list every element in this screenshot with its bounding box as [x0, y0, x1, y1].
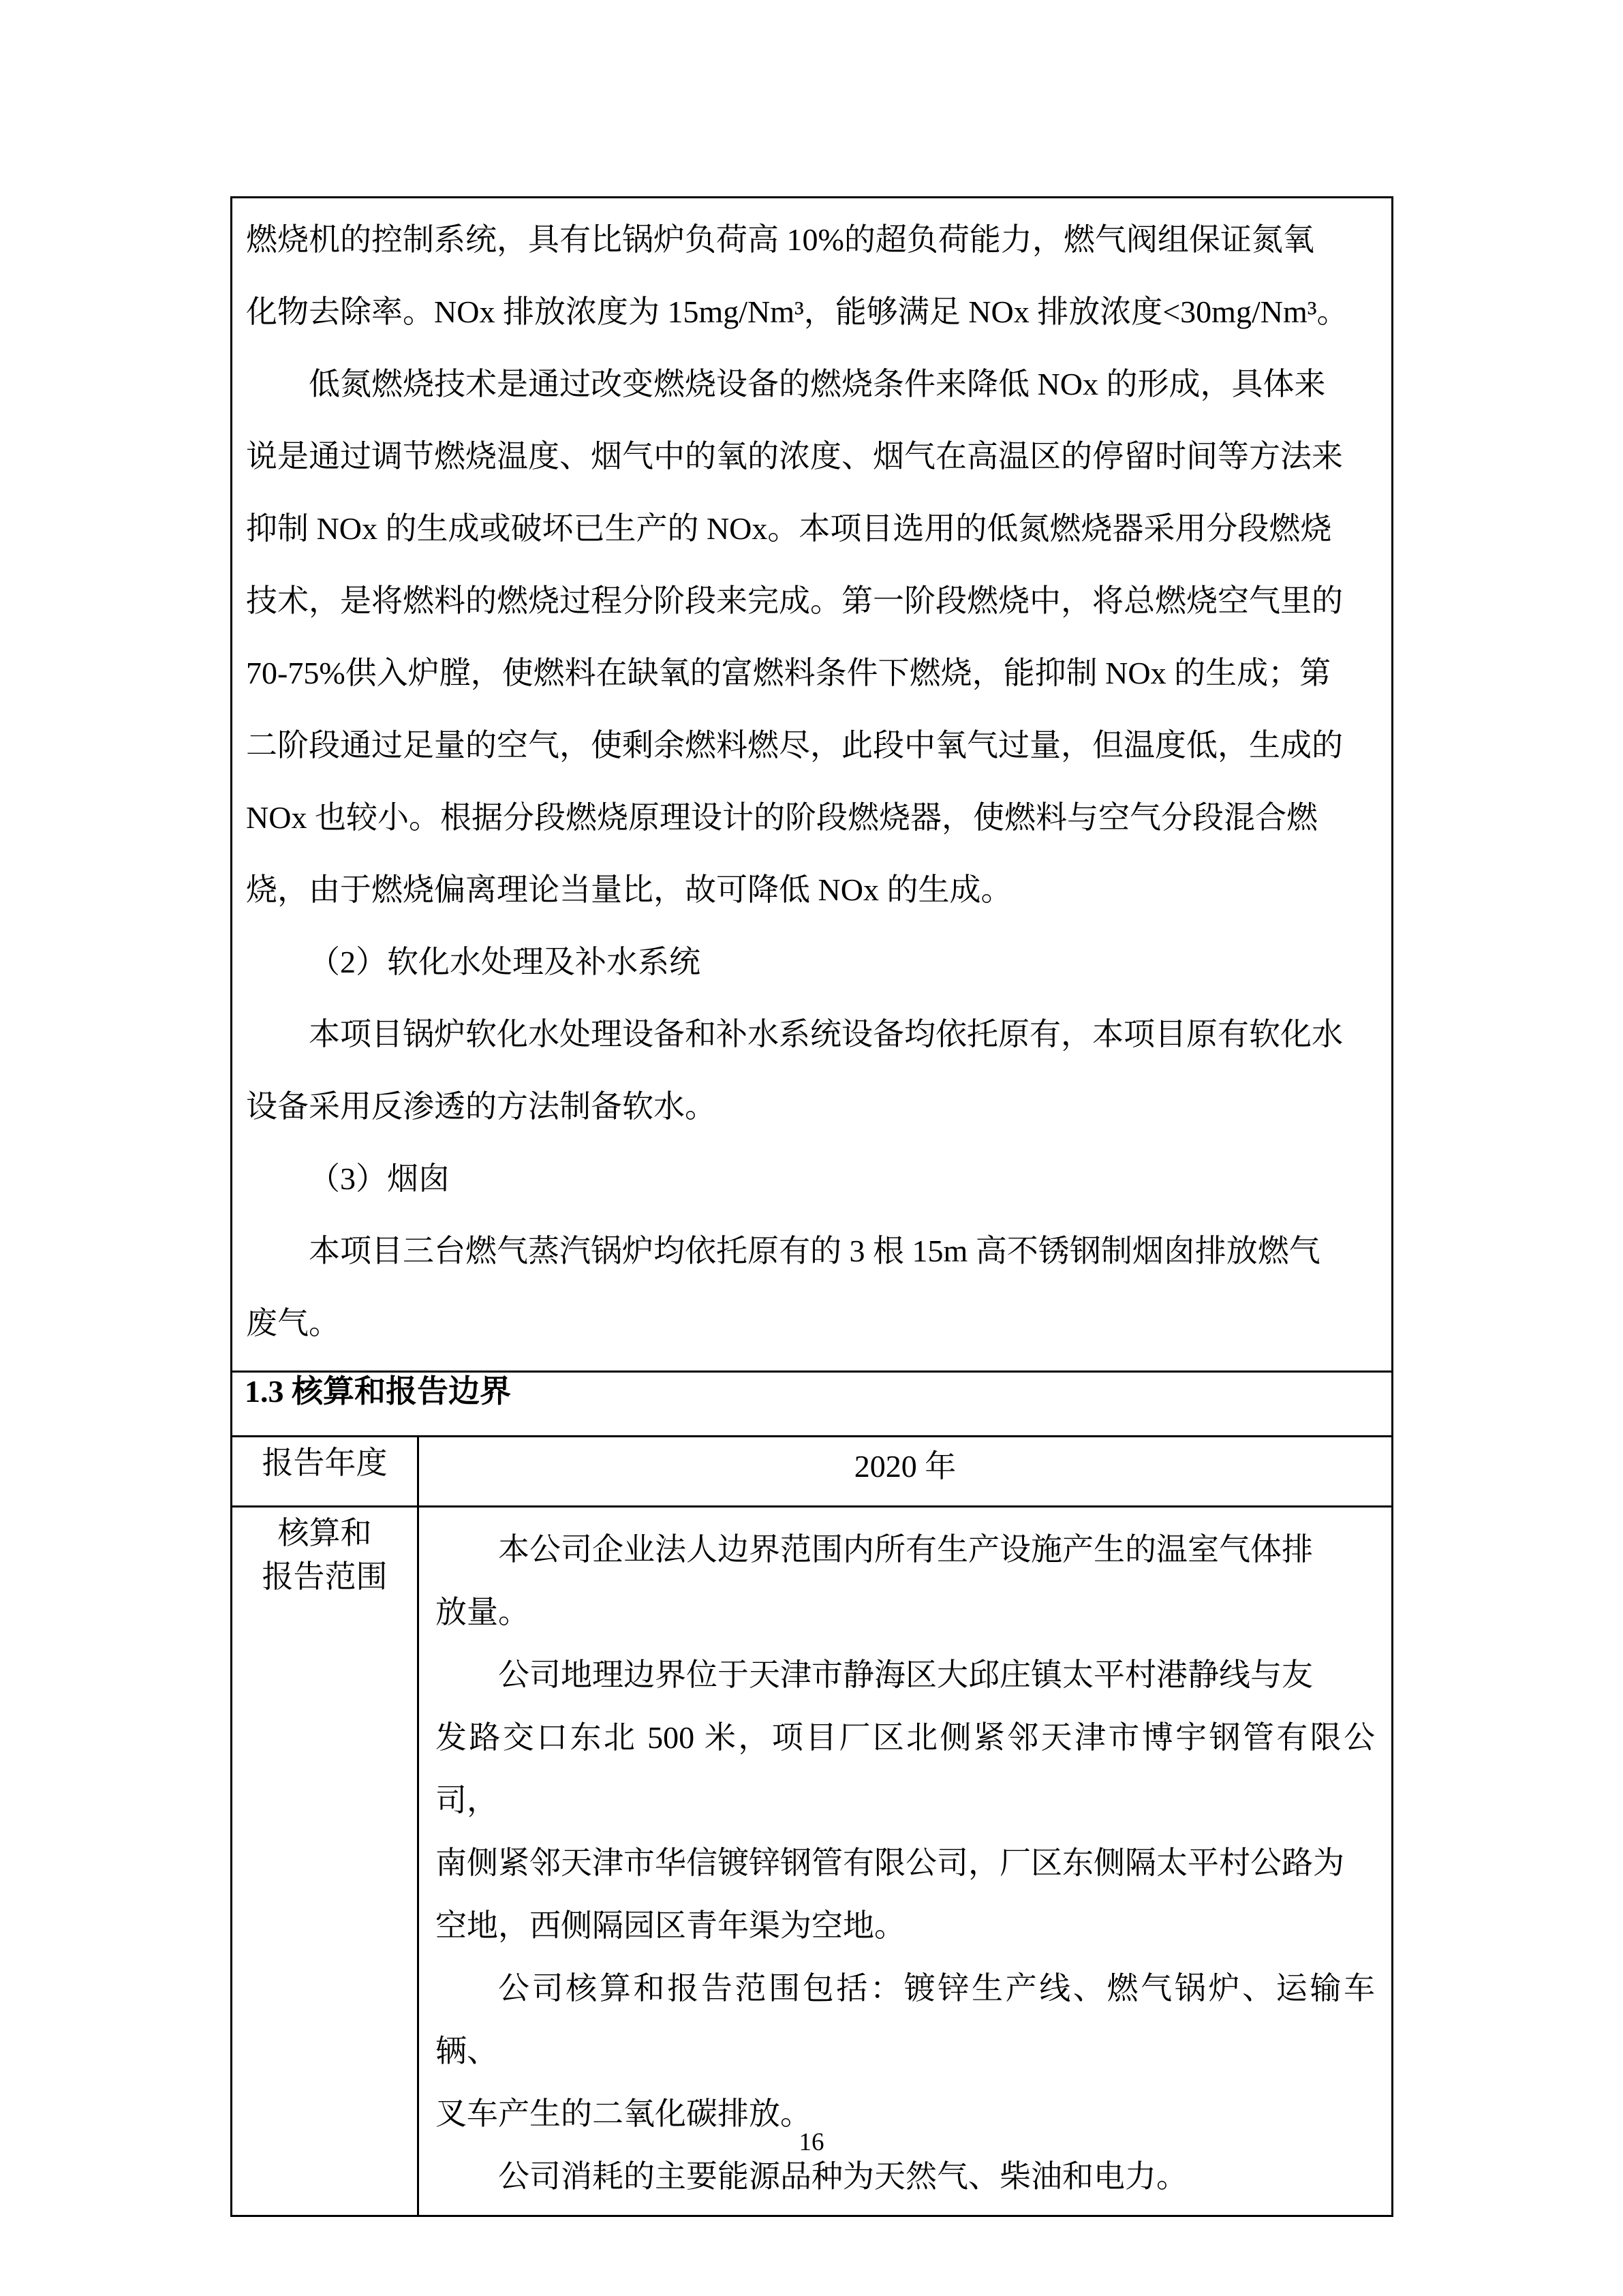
paragraph-burner-control: 燃烧机的控制系统，具有比锅炉负荷高 10%的超负荷能力，燃气阀组保证氮氧 化物去…	[246, 204, 1378, 348]
scope-paragraph-legal-boundary: 本公司企业法人边界范围内所有生产设施产生的温室气体排 放量。	[435, 1518, 1375, 1644]
scope-paragraph-report-scope: 公司核算和报告范围包括：镀锌生产线、燃气锅炉、运输车辆、 叉车产生的二氧化碳排放…	[435, 1957, 1375, 2145]
report-boundary-table: 燃烧机的控制系统，具有比锅炉负荷高 10%的超负荷能力，燃气阀组保证氮氧 化物去…	[230, 196, 1393, 2217]
scope-label: 核算和 报告范围	[232, 1507, 418, 2216]
paragraph-low-nox-technology: 低氮燃烧技术是通过改变燃烧设备的燃烧条件来降低 NOx 的形成，具体来 说是通过…	[246, 348, 1378, 926]
section-header: 1.3 核算和报告边界	[232, 1372, 1393, 1437]
paragraph-heading-softened-water: （2）软化水处理及补水系统	[246, 926, 1378, 998]
paragraph-heading-chimney: （3）烟囱	[246, 1143, 1378, 1215]
report-year-row: 报告年度 2020 年	[232, 1437, 1393, 1507]
scope-content-cell: 本公司企业法人边界范围内所有生产设施产生的温室气体排 放量。 公司地理边界位于天…	[418, 1507, 1393, 2216]
page-number: 16	[0, 2128, 1623, 2157]
scope-paragraph-geographic-boundary: 公司地理边界位于天津市静海区大邱庄镇太平村港静线与友 发路交口东北 500 米，…	[435, 1644, 1375, 1957]
document-page: 燃烧机的控制系统，具有比锅炉负荷高 10%的超负荷能力，燃气阀组保证氮氧 化物去…	[0, 0, 1623, 2296]
body-text-row: 燃烧机的控制系统，具有比锅炉负荷高 10%的超负荷能力，燃气阀组保证氮氧 化物去…	[232, 198, 1393, 1372]
section-header-row: 1.3 核算和报告边界	[232, 1372, 1393, 1437]
report-year-value: 2020 年	[418, 1437, 1393, 1507]
body-text-cell: 燃烧机的控制系统，具有比锅炉负荷高 10%的超负荷能力，燃气阀组保证氮氧 化物去…	[232, 198, 1393, 1372]
paragraph-chimney-detail: 本项目三台燃气蒸汽锅炉均依托原有的 3 根 15m 高不锈钢制烟囱排放燃气 废气…	[246, 1215, 1378, 1360]
scope-row: 核算和 报告范围 本公司企业法人边界范围内所有生产设施产生的温室气体排 放量。 …	[232, 1507, 1393, 2216]
report-year-label: 报告年度	[232, 1437, 418, 1507]
paragraph-softened-water-detail: 本项目锅炉软化水处理设备和补水系统设备均依托原有，本项目原有软化水 设备采用反渗…	[246, 998, 1378, 1143]
